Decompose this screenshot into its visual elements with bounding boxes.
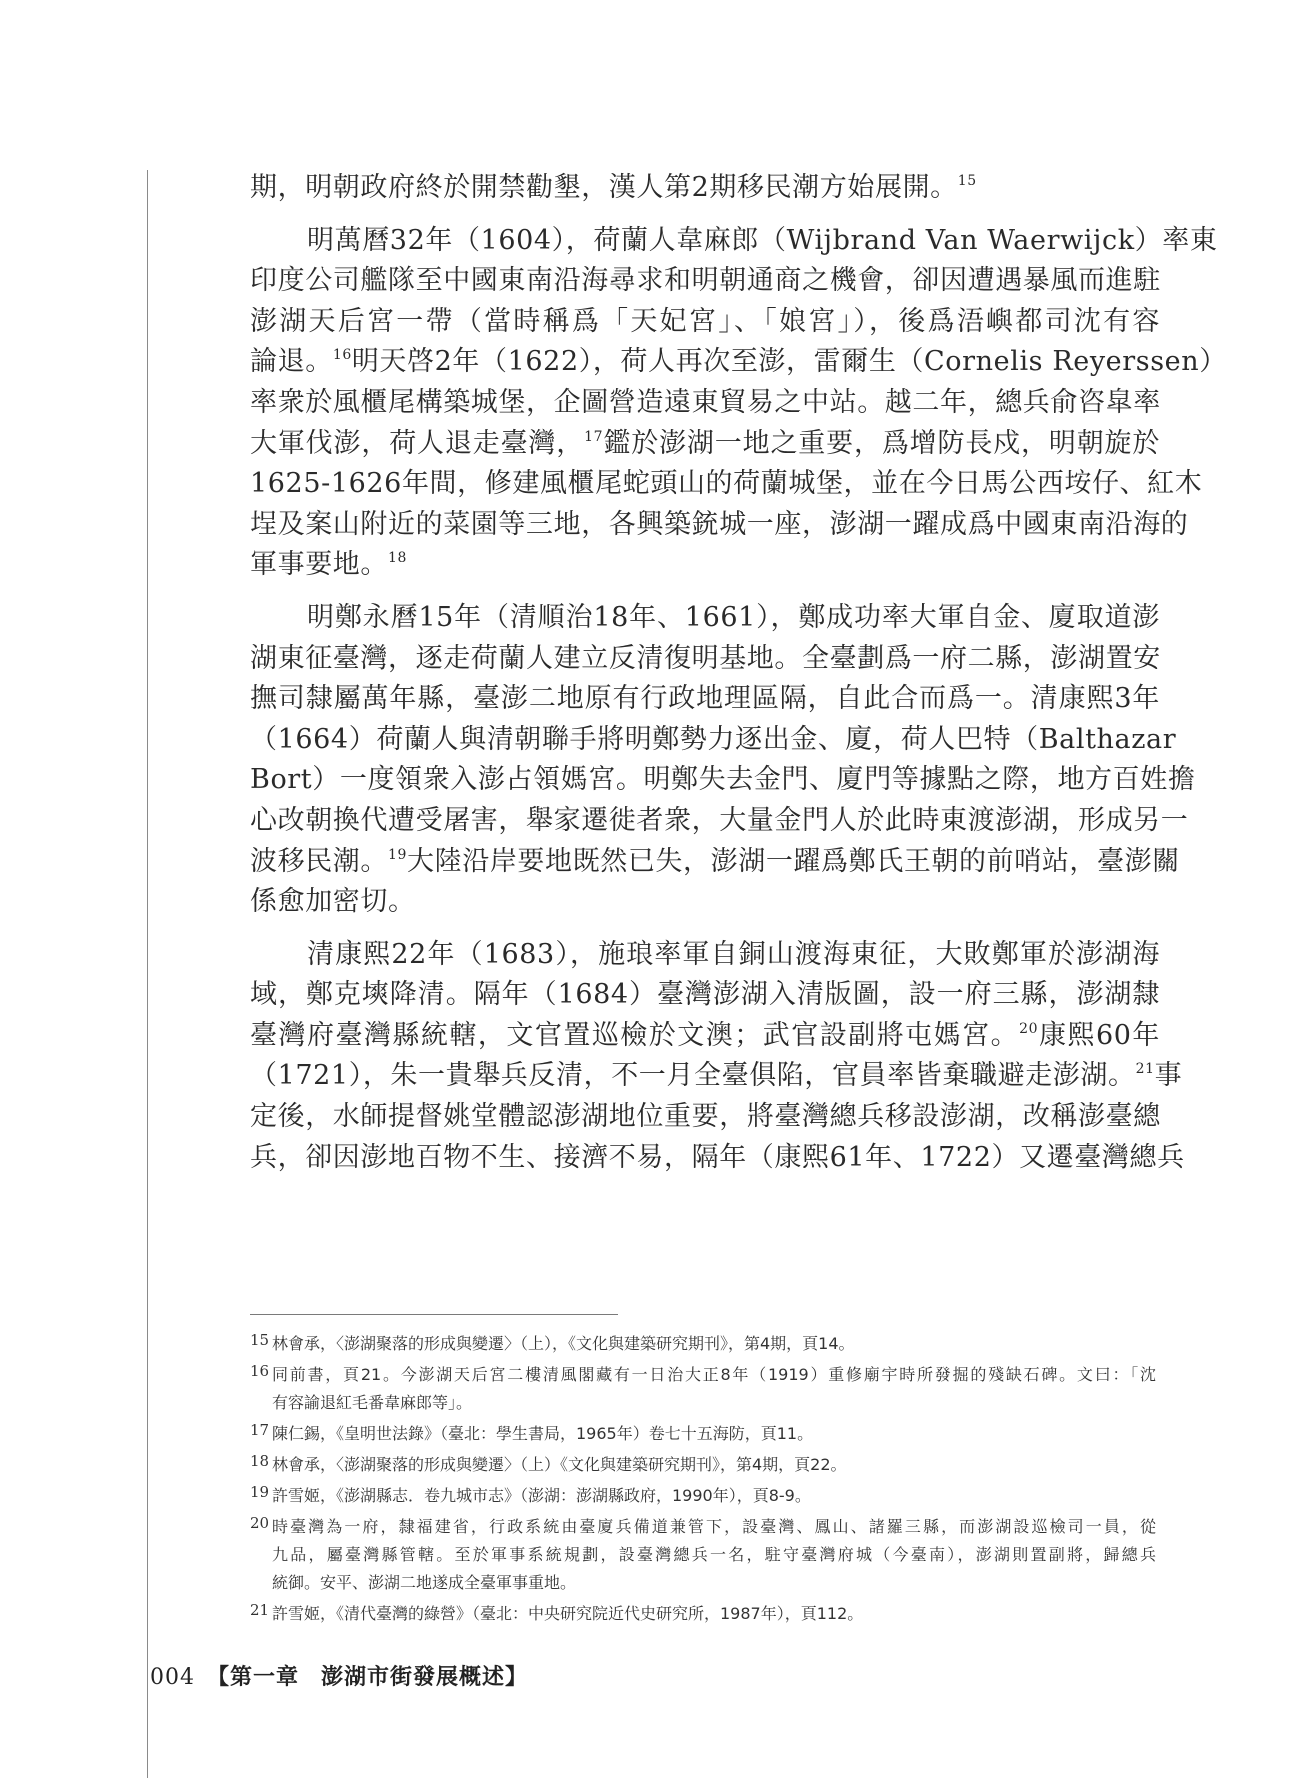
footnote-divider xyxy=(250,1314,618,1315)
text-line: 率衆於風櫃尾構築城堡，企圖營造遠東貿易之中站。越二年，總兵俞咨皐率 xyxy=(250,383,1160,424)
text-line: 域，鄭克塽降清。隔年（1684）臺灣澎湖入清版圖，設一府三縣，澎湖隸 xyxy=(250,975,1160,1016)
text-line: 埕及案山附近的菜園等三地，各興築銃城一座，澎湖一躍成爲中國東南沿海的 xyxy=(250,505,1160,546)
line-text: 定後，水師提督姚堂體認澎湖地位重要，將臺灣總兵移設澎湖，改稱澎臺總 xyxy=(250,1101,1161,1132)
text-line: 論退。16明天啓2年（1622），荷人再次至澎，雷爾生（Cornelis Rey… xyxy=(250,342,1160,383)
line-text: 澎湖天后宮一帶（當時稱爲「天妃宮」、「娘宮」），後爲浯嶼都司沈有容 xyxy=(250,306,1160,337)
footnote-text: 有容諭退紅毛番韋麻郎等」。 xyxy=(272,1389,1156,1417)
line-text: 湖東征臺灣，逐走荷蘭人建立反清復明基地。全臺劃爲一府二縣，澎湖置安 xyxy=(250,643,1161,674)
footnote-16: 16 同前書，頁21。今澎湖天后宮二樓清風閣藏有一日治大正8年（1919）重修廟… xyxy=(250,1361,1156,1417)
line-text: 明萬曆32年（1604），荷蘭人韋麻郎（Wijbrand Van Waerwij… xyxy=(307,225,1217,256)
footnote-15: 15 林會承，〈澎湖聚落的形成與變遷〉（上），《文化與建築研究期刊》，第4期，頁… xyxy=(250,1330,1156,1358)
line-text: Bort）一度領衆入澎占領媽宮。明鄭失去金門、廈門等據點之際，地方百姓擔 xyxy=(250,764,1195,795)
footnote-19: 19 許雪姬，《澎湖縣志．卷九城市志》（澎湖：澎湖縣政府，1990年），頁8-9… xyxy=(250,1482,1156,1510)
text-line: 湖東征臺灣，逐走荷蘭人建立反清復明基地。全臺劃爲一府二縣，澎湖置安 xyxy=(250,639,1160,680)
text-line: 明鄭永曆15年（清順治18年、1661），鄭成功率大軍自金、廈取道澎 xyxy=(250,598,1160,639)
footnote-ref[interactable]: 16 xyxy=(333,347,352,363)
page-number: 004 xyxy=(150,1665,195,1690)
footnote-ref[interactable]: 20 xyxy=(1019,1021,1038,1037)
text-line: 定後，水師提督姚堂體認澎湖地位重要，將臺灣總兵移設澎湖，改稱澎臺總 xyxy=(250,1097,1160,1138)
footnote-18: 18 林會承，〈澎湖聚落的形成與變遷〉（上）《文化與建築研究期刊》，第4期，頁2… xyxy=(250,1451,1156,1479)
text-line: 係愈加密切。 xyxy=(250,882,1160,923)
footnote-text: 林會承，〈澎湖聚落的形成與變遷〉（上）《文化與建築研究期刊》，第4期，頁22。 xyxy=(272,1451,1156,1479)
text-line: Bort）一度領衆入澎占領媽宮。明鄭失去金門、廈門等據點之際，地方百姓擔 xyxy=(250,760,1160,801)
footnote-text: 時臺灣為一府，隸福建省，行政系統由臺廈兵備道兼管下，設臺灣、鳳山、諸羅三縣，而澎… xyxy=(272,1513,1156,1541)
text-line: 清康熙22年（1683），施琅率軍自銅山渡海東征，大敗鄭軍於澎湖海 xyxy=(250,935,1160,976)
text-line: 期，明朝政府終於開禁勸墾，漢人第2期移民潮方始展開。15 xyxy=(250,168,1160,209)
footnotes: 15 林會承，〈澎湖聚落的形成與變遷〉（上），《文化與建築研究期刊》，第4期，頁… xyxy=(250,1330,1156,1631)
footnote-number: 20 xyxy=(250,1509,269,1537)
line-text: 論退。 xyxy=(250,346,333,377)
chapter-label: 【第一章 xyxy=(207,1664,299,1690)
footnote-text: 統御。安平、澎湖二地遂成全臺軍事重地。 xyxy=(272,1569,1156,1597)
footnote-20: 20 時臺灣為一府，隸福建省，行政系統由臺廈兵備道兼管下，設臺灣、鳳山、諸羅三縣… xyxy=(250,1513,1156,1597)
footnote-text: 許雪姬，《清代臺灣的綠營》（臺北：中央研究院近代史研究所，1987年），頁112… xyxy=(272,1600,1156,1628)
line-text: 期，明朝政府終於開禁勸墾，漢人第2期移民潮方始展開。 xyxy=(250,172,958,203)
body-text: 期，明朝政府終於開禁勸墾，漢人第2期移民潮方始展開。15 明萬曆32年（1604… xyxy=(250,168,1160,1178)
footnote-ref[interactable]: 21 xyxy=(1136,1061,1155,1077)
text-line: 1625-1626年間，修建風櫃尾蛇頭山的荷蘭城堡，並在今日馬公西垵仔、紅木 xyxy=(250,464,1160,505)
line-text: 率衆於風櫃尾構築城堡，企圖營造遠東貿易之中站。越二年，總兵俞咨皐率 xyxy=(250,387,1161,418)
line-text: 明天啓2年（1622），荷人再次至澎，雷爾生（Cornelis Reyersse… xyxy=(352,346,1227,377)
line-text: 域，鄭克塽降清。隔年（1684）臺灣澎湖入清版圖，設一府三縣，澎湖隸 xyxy=(250,979,1160,1010)
text-line: 澎湖天后宮一帶（當時稱爲「天妃宮」、「娘宮」），後爲浯嶼都司沈有容 xyxy=(250,302,1160,343)
footnote-number: 18 xyxy=(250,1447,269,1475)
chapter-title: 澎湖市街發展概述】 xyxy=(321,1664,528,1690)
line-text: 臺灣府臺灣縣統轄，文官置巡檢於文澳；武官設副將屯媽宮。 xyxy=(250,1020,1019,1051)
footnote-text: 陳仁錫，《皇明世法錄》（臺北：學生書局，1965年）卷七十五海防，頁11。 xyxy=(272,1420,1156,1448)
line-text: 鑑於澎湖一地之重要，爲增防長戍，明朝旋於 xyxy=(603,428,1160,459)
line-text: 明鄭永曆15年（清順治18年、1661），鄭成功率大軍自金、廈取道澎 xyxy=(307,602,1160,633)
line-text: （1664）荷蘭人與清朝聯手將明鄭勢力逐出金、廈，荷人巴特（Balthazar xyxy=(250,724,1176,755)
footnote-text: 許雪姬，《澎湖縣志．卷九城市志》（澎湖：澎湖縣政府，1990年），頁8-9。 xyxy=(272,1482,1156,1510)
footnote-text: 林會承，〈澎湖聚落的形成與變遷〉（上），《文化與建築研究期刊》，第4期，頁14。 xyxy=(272,1330,1156,1358)
text-line: 心改朝換代遭受屠害，舉家遷徙者衆，大量金門人於此時東渡澎湖，形成另一 xyxy=(250,801,1160,842)
line-text: 係愈加密切。 xyxy=(250,886,416,917)
text-line: 撫司隸屬萬年縣，臺澎二地原有行政地理區隔，自此合而爲一。清康熙3年 xyxy=(250,679,1160,720)
text-line: 兵，卻因澎地百物不生、接濟不易，隔年（康熙61年、1722）又遷臺灣總兵 xyxy=(250,1138,1160,1179)
text-line: 大軍伐澎，荷人退走臺灣，17鑑於澎湖一地之重要，爲增防長戍，明朝旋於 xyxy=(250,424,1160,465)
footnote-number: 21 xyxy=(250,1596,269,1624)
line-text: 印度公司艦隊至中國東南沿海尋求和明朝通商之機會，卻因遭遇暴風而進駐 xyxy=(250,265,1161,296)
line-text: 大軍伐澎，荷人退走臺灣， xyxy=(250,428,584,459)
footnote-number: 16 xyxy=(250,1357,269,1385)
footnote-number: 19 xyxy=(250,1478,269,1506)
footnote-17: 17 陳仁錫，《皇明世法錄》（臺北：學生書局，1965年）卷七十五海防，頁11。 xyxy=(250,1420,1156,1448)
page-footer: 004【第一章澎湖市街發展概述】 xyxy=(150,1660,528,1691)
line-text: 事 xyxy=(1155,1060,1183,1091)
line-text: 埕及案山附近的菜園等三地，各興築銃城一座，澎湖一躍成爲中國東南沿海的 xyxy=(250,509,1188,540)
text-line: 明萬曆32年（1604），荷蘭人韋麻郎（Wijbrand Van Waerwij… xyxy=(250,221,1160,262)
footnote-number: 15 xyxy=(250,1326,269,1354)
line-text: （1721），朱一貴舉兵反清，不一月全臺俱陷，官員率皆棄職避走澎湖。 xyxy=(250,1060,1136,1091)
line-text: 清康熙22年（1683），施琅率軍自銅山渡海東征，大敗鄭軍於澎湖海 xyxy=(307,939,1160,970)
line-text: 1625-1626年間，修建風櫃尾蛇頭山的荷蘭城堡，並在今日馬公西垵仔、紅木 xyxy=(250,468,1202,499)
footnote-ref[interactable]: 18 xyxy=(388,550,407,566)
line-text: 波移民潮。 xyxy=(250,846,388,877)
text-line: 軍事要地。18 xyxy=(250,545,1160,586)
line-text: 康熙60年 xyxy=(1038,1020,1160,1051)
footnote-ref[interactable]: 15 xyxy=(958,173,977,189)
text-line: 波移民潮。19大陸沿岸要地既然已失，澎湖一躍爲鄭氏王朝的前哨站，臺澎關 xyxy=(250,842,1160,883)
line-text: 心改朝換代遭受屠害，舉家遷徙者衆，大量金門人於此時東渡澎湖，形成另一 xyxy=(250,805,1188,836)
footnote-ref[interactable]: 17 xyxy=(584,429,603,445)
footnote-text: 九品，屬臺灣縣管轄。至於軍事系統規劃，設臺灣總兵一名，駐守臺灣府城（今臺南），澎… xyxy=(272,1541,1156,1569)
footnote-ref[interactable]: 19 xyxy=(388,847,407,863)
footnote-text: 同前書，頁21。今澎湖天后宮二樓清風閣藏有一日治大正8年（1919）重修廟宇時所… xyxy=(272,1361,1156,1389)
line-text: 兵，卻因澎地百物不生、接濟不易，隔年（康熙61年、1722）又遷臺灣總兵 xyxy=(250,1142,1185,1173)
line-text: 撫司隸屬萬年縣，臺澎二地原有行政地理區隔，自此合而爲一。清康熙3年 xyxy=(250,683,1160,714)
line-text: 大陸沿岸要地既然已失，澎湖一躍爲鄭氏王朝的前哨站，臺澎關 xyxy=(407,846,1180,877)
text-line: 臺灣府臺灣縣統轄，文官置巡檢於文澳；武官設副將屯媽宮。20康熙60年 xyxy=(250,1016,1160,1057)
line-text: 軍事要地。 xyxy=(250,549,388,580)
footnote-21: 21 許雪姬，《清代臺灣的綠營》（臺北：中央研究院近代史研究所，1987年），頁… xyxy=(250,1600,1156,1628)
text-line: （1664）荷蘭人與清朝聯手將明鄭勢力逐出金、廈，荷人巴特（Balthazar xyxy=(250,720,1160,761)
text-line: （1721），朱一貴舉兵反清，不一月全臺俱陷，官員率皆棄職避走澎湖。21事 xyxy=(250,1056,1160,1097)
footnote-number: 17 xyxy=(250,1416,269,1444)
margin-rule xyxy=(147,170,148,1778)
text-line: 印度公司艦隊至中國東南沿海尋求和明朝通商之機會，卻因遭遇暴風而進駐 xyxy=(250,261,1160,302)
